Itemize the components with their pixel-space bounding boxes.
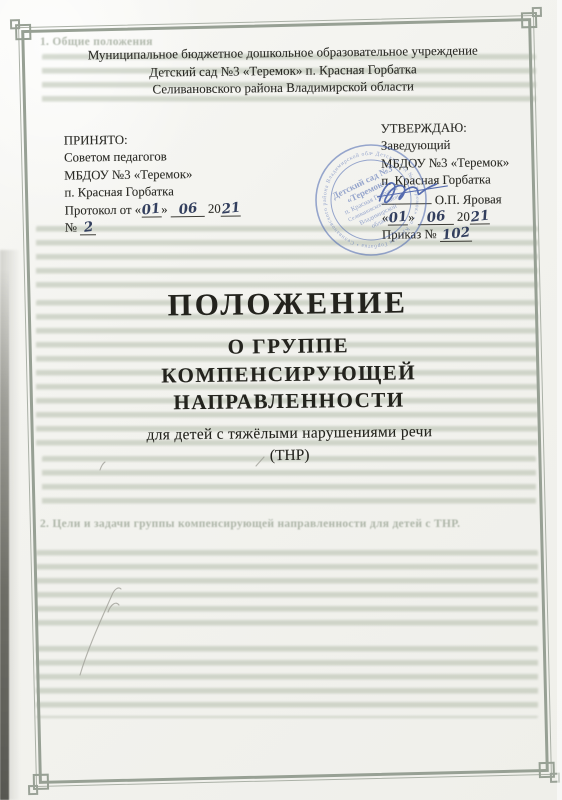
- order-number-blank: 102: [440, 228, 472, 242]
- accepted-line: МБДОУ №3 «Теремок»: [64, 165, 240, 185]
- title-line: НАПРАВЛЕННОСТИ: [64, 385, 514, 418]
- handwritten-year: 21: [221, 201, 241, 215]
- document-content: Муниципальное бюджетное дошкольное образ…: [0, 0, 562, 800]
- number-blank: 2: [80, 221, 96, 235]
- handwritten-year: 21: [470, 210, 490, 224]
- date-year-printed: 20: [457, 210, 470, 224]
- protocol-quote-close: »: [161, 202, 168, 216]
- protocol-year-blank: 21: [221, 202, 241, 216]
- approved-heading: УТВЕРЖДАЮ:: [381, 119, 509, 138]
- protocol-year-printed: 20: [208, 201, 221, 215]
- handwritten-day: 01: [141, 202, 161, 216]
- document-title: ПОЛОЖЕНИЕ О ГРУППЕ КОМПЕНСИРУЮЩЕЙ НАПРАВ…: [63, 283, 515, 467]
- scanned-document-page: 1. Общие положения 2. Цели и задачи груп…: [0, 0, 562, 800]
- protocol-label: Протокол от «: [65, 202, 142, 217]
- handwritten-number: 2: [83, 221, 94, 234]
- accepted-heading: ПРИНЯТО:: [64, 130, 240, 150]
- date-year-blank: 21: [470, 210, 490, 224]
- accepted-line: Советом педагогов: [64, 148, 240, 168]
- protocol-number-line: № 2: [65, 217, 241, 237]
- org-header: Муниципальное бюджетное дошкольное образ…: [36, 41, 531, 100]
- accepted-block: ПРИНЯТО: Советом педагогов МБДОУ №3 «Тер…: [64, 130, 241, 237]
- title-subtitle: для детей с тяжёлыми нарушениями речи: [64, 422, 514, 445]
- title-main: ПОЛОЖЕНИЕ: [63, 283, 513, 324]
- accepted-line: п. Красная Горбатка: [64, 183, 240, 203]
- protocol-line: Протокол от «01» 06 2021: [65, 200, 241, 220]
- protocol-day-blank: 01: [141, 203, 161, 217]
- protocol-month-blank: 06: [171, 203, 205, 217]
- official-seal: • Детский сад №3 «Теремок» • п. Красная …: [312, 141, 430, 259]
- title-subtitle-abbr: (ТНР): [65, 444, 515, 467]
- number-label: №: [65, 220, 77, 234]
- handwritten-order-number: 102: [441, 227, 470, 242]
- handwritten-month: 06: [178, 202, 198, 216]
